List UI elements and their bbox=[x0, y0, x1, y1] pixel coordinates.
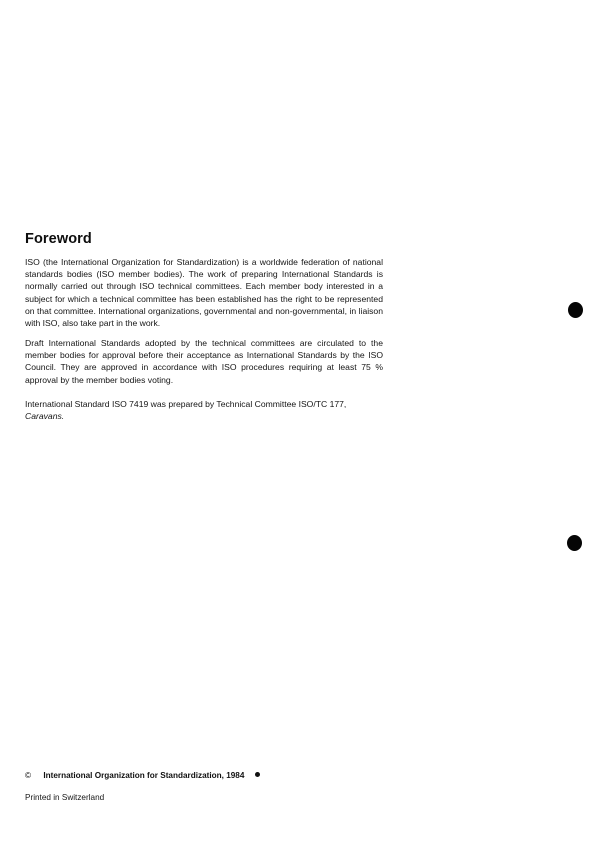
paragraph-preparation: International Standard ISO 7419 was prep… bbox=[25, 398, 383, 422]
copyright-icon: © bbox=[25, 771, 31, 780]
preparation-statement: International Standard ISO 7419 was prep… bbox=[25, 399, 346, 409]
paragraph-iso-intro: ISO (the International Organization for … bbox=[25, 256, 383, 329]
copyright-text: International Organization for Standardi… bbox=[43, 771, 244, 780]
copyright-line: © International Organization for Standar… bbox=[25, 771, 260, 780]
punch-hole-icon bbox=[568, 302, 583, 318]
bullet-dot-icon bbox=[255, 772, 260, 777]
punch-hole-icon bbox=[567, 535, 582, 551]
foreword-heading: Foreword bbox=[25, 231, 92, 247]
printed-in-text: Printed in Switzerland bbox=[25, 793, 104, 802]
committee-name: Caravans. bbox=[25, 411, 64, 421]
document-page: Foreword ISO (the International Organiza… bbox=[0, 0, 592, 856]
paragraph-draft-standards: Draft International Standards adopted by… bbox=[25, 337, 383, 386]
